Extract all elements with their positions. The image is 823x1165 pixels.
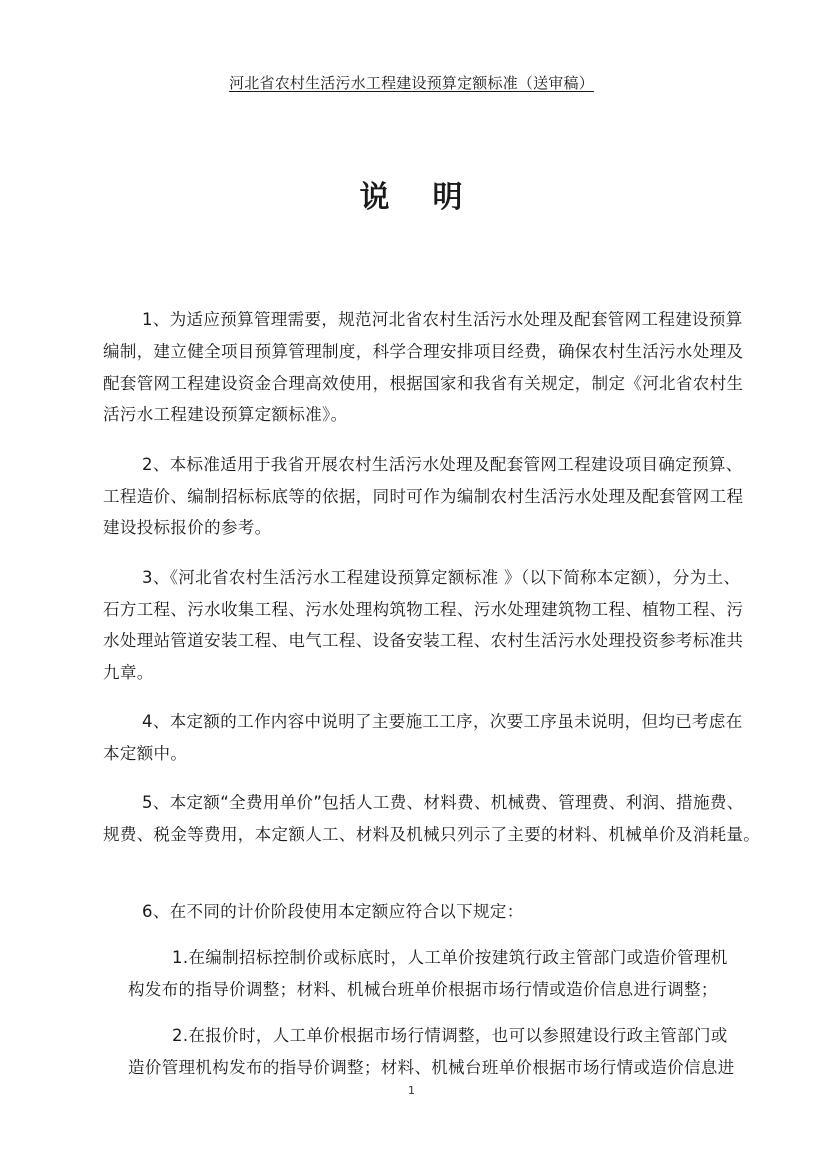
paragraph-3-line-4: 九章。	[103, 659, 154, 683]
paragraph-3-line-1: 3、《河北省农村生活污水工程建设预算定额标准 》（以下简称本定额），分为土、	[142, 564, 740, 588]
page-number: 1	[0, 1084, 823, 1097]
subitem-1-line-1: 1.在编制招标控制价或标底时，人工单价按建筑行政主管部门或造价管理机	[172, 944, 728, 968]
running-header: 河北省农村生活污水工程建设预算定额标准（送审稿）	[0, 72, 823, 93]
header-text: 河北省农村生活污水工程建设预算定额标准（送审稿）	[229, 74, 594, 92]
paragraph-2-line-3: 建设投标报价的参考。	[103, 514, 272, 538]
paragraph-3-line-3: 水处理站管道安装工程、电气工程、设备安装工程、农村生活污水处理投资参考标准共	[103, 627, 743, 651]
paragraph-4-line-1: 4、本定额的工作内容中说明了主要施工工序，次要工序虽未说明，但均已考虑在	[142, 708, 743, 732]
paragraph-3-line-2: 石方工程、污水收集工程、污水处理构筑物工程、污水处理建筑物工程、植物工程、污	[103, 596, 743, 620]
paragraph-1-line-3: 配套管网工程建设资金合理高效使用，根据国家和我省有关规定，制定《河北省农村生	[103, 370, 743, 394]
subitem-1-line-2: 构发布的指导价调整；材料、机械台班单价根据市场行情或造价信息进行调整；	[128, 976, 718, 1000]
paragraph-1-line-1: 1、为适应预算管理需要，规范河北省农村生活污水处理及配套管网工程建设预算	[142, 306, 743, 330]
paragraph-1-line-4: 活污水工程建设预算定额标准》。	[103, 401, 348, 425]
subitem-2-line-1: 2.在报价时，人工单价根据市场行情调整，也可以参照建设行政主管部门或	[172, 1022, 728, 1046]
paragraph-5-line-1: 5、本定额“全费用单价”包括人工费、材料费、机械费、管理费、利润、措施费、	[142, 789, 744, 813]
page-title: 说明	[0, 172, 823, 216]
paragraph-6-line-1: 6、在不同的计价阶段使用本定额应符合以下规定：	[142, 898, 524, 922]
paragraph-5-line-2: 规费、税金等费用，本定额人工、材料及机械只列示了主要的材料、机械单价及消耗量。	[103, 821, 760, 845]
subitem-2-line-2: 造价管理机构发布的指导价调整；材料、机械台班单价根据市场行情或造价信息进	[128, 1054, 735, 1078]
paragraph-2-line-1: 2、本标准适用于我省开展农村生活污水处理及配套管网工程建设项目确定预算、	[142, 451, 743, 475]
document-page: 河北省农村生活污水工程建设预算定额标准（送审稿） 说明 1、为适应预算管理需要，…	[0, 0, 823, 1165]
paragraph-2-line-2: 工程造价、编制招标标底等的依据，同时可作为编制农村生活污水处理及配套管网工程	[103, 483, 743, 507]
paragraph-4-line-2: 本定额中。	[103, 740, 187, 764]
title-char-1: 说	[360, 180, 391, 215]
title-char-2: 明	[433, 180, 464, 215]
paragraph-1-line-2: 编制，建立健全项目预算管理制度，科学合理安排项目经费，确保农村生活污水处理及	[103, 338, 743, 362]
